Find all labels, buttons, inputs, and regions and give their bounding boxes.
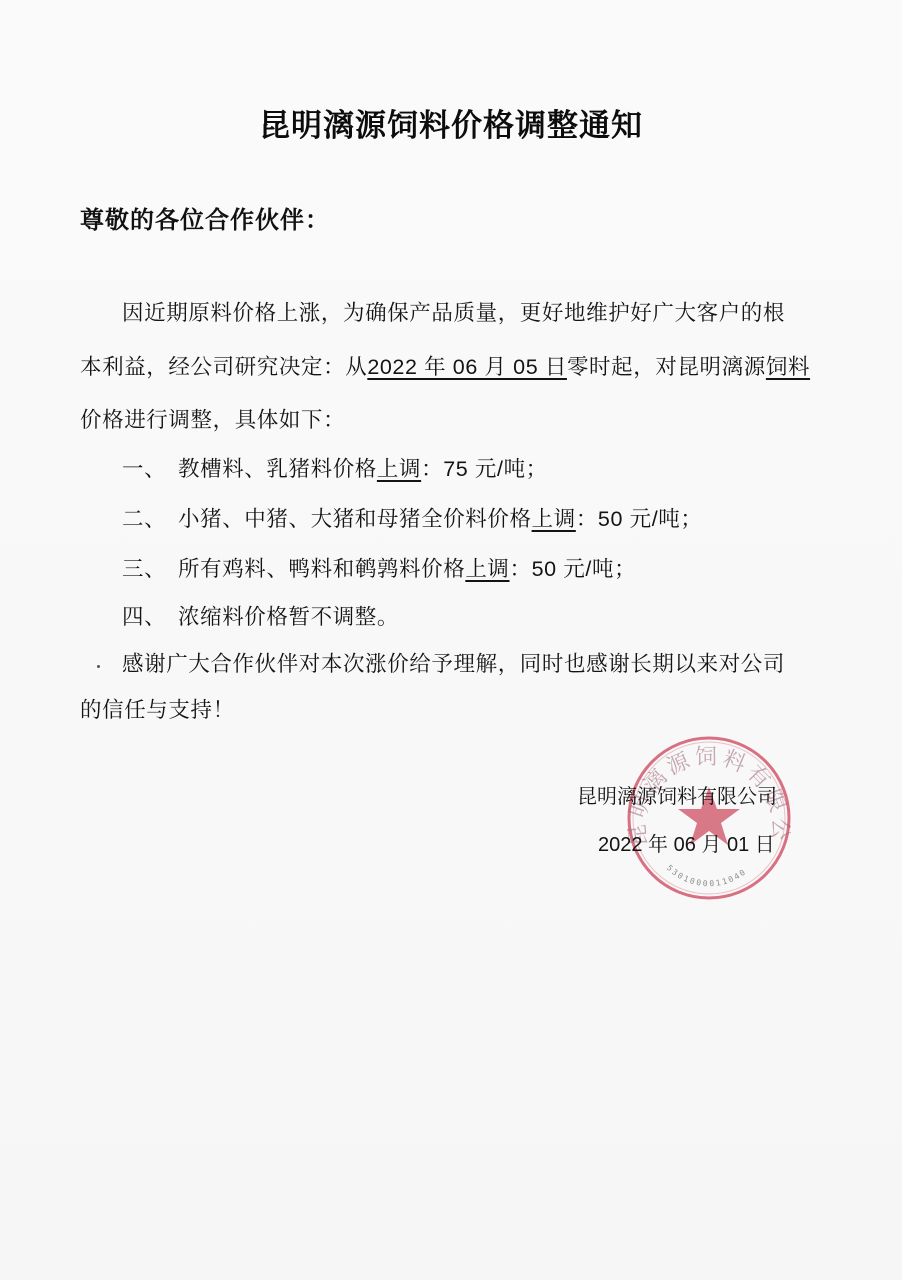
adjustment-item-1: 一、教槽料、乳猪料价格上调：75 元/吨； (122, 452, 548, 483)
effective-date: 2022 年 06 月 05 日 (367, 355, 567, 379)
item-action: 上调 (532, 507, 576, 532)
item-index: 二、 (122, 502, 178, 533)
item-index: 一、 (122, 452, 178, 483)
item-amount: ：50 元/吨； (576, 507, 703, 531)
adjustment-item-3: 三、所有鸡料、鸭料和鹌鹑料价格上调：50 元/吨； (122, 552, 636, 583)
intro-line-3: 价格进行调整，具体如下： (80, 403, 345, 434)
adjustment-item-2: 二、小猪、中猪、大猪和母猪全价料价格上调：50 元/吨； (122, 502, 702, 533)
item-action: 上调 (377, 457, 421, 482)
svg-text:5301000011040: 5301000011040 (665, 863, 749, 888)
item-text: 教槽料、乳猪料价格 (178, 457, 377, 482)
item-amount: ：75 元/吨； (421, 457, 548, 481)
document-page: 昆明漓源饲料价格调整通知 尊敬的各位合作伙伴： 因近期原料价格上涨，为确保产品质… (0, 0, 902, 1280)
intro-line-2-mid: 零时起，对昆明漓源 (567, 355, 766, 380)
scan-speck (97, 665, 100, 668)
closing-line-1: 感谢广大合作伙伴对本次涨价给予理解，同时也感谢长期以来对公司 (122, 647, 785, 678)
company-seal-stamp: 昆明漓源饲料有限公司 5301000011040 (625, 735, 793, 901)
signature-date: 2022 年 06 月 01 日 (598, 828, 775, 857)
item-index: 四、 (122, 600, 178, 631)
item-index: 三、 (122, 552, 178, 583)
document-title: 昆明漓源饲料价格调整通知 (0, 100, 902, 145)
item-amount: ：50 元/吨； (510, 557, 637, 581)
closing-line-2: 的信任与支持！ (80, 693, 235, 724)
item-text: 所有鸡料、鸭料和鹌鹑料价格 (178, 557, 465, 582)
feed-highlight: 饲料 (766, 355, 810, 380)
intro-line-2: 本利益，经公司研究决定：从2022 年 06 月 05 日零时起，对昆明漓源饲料 (80, 350, 810, 381)
adjustment-item-4: 四、浓缩料价格暂不调整。 (122, 600, 399, 631)
item-text: 浓缩料价格暂不调整。 (178, 605, 399, 630)
item-text: 小猪、中猪、大猪和母猪全价料价格 (178, 507, 532, 532)
intro-line-2-pre: 本利益，经公司研究决定：从 (80, 355, 367, 380)
salutation: 尊敬的各位合作伙伴： (80, 200, 330, 235)
item-action: 上调 (465, 557, 509, 582)
intro-line-1: 因近期原料价格上涨，为确保产品质量，更好地维护好广大客户的根 (122, 296, 785, 327)
seal-icon: 昆明漓源饲料有限公司 5301000011040 (625, 735, 793, 901)
signature-company: 昆明漓源饲料有限公司 (577, 780, 777, 809)
